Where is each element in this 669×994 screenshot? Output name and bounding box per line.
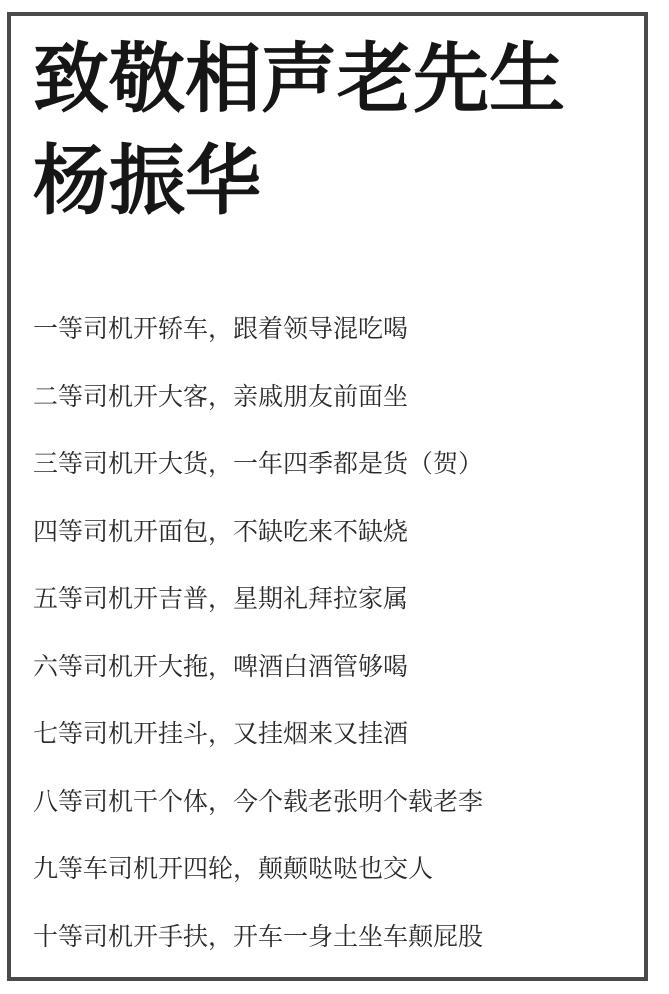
verse-line-3: 三等司机开大货，一年四季都是货（贺）: [33, 447, 483, 515]
verse-line-9: 九等车司机开四轮，颠颠哒哒也交人: [33, 852, 483, 920]
verse-line-6: 六等司机开大拖，啤酒白酒管够喝: [33, 650, 483, 718]
verse-line-7: 七等司机开挂斗，又挂烟来又挂酒: [33, 717, 483, 785]
document-frame: 致敬相声老先生 杨振华 一等司机开轿车，跟着领导混吃喝 二等司机开大客，亲戚朋友…: [7, 12, 648, 981]
verse-line-4: 四等司机开面包，不缺吃来不缺烧: [33, 515, 483, 583]
verse-line-8: 八等司机干个体，今个载老张明个载老李: [33, 785, 483, 853]
verse-line-2: 二等司机开大客，亲戚朋友前面坐: [33, 380, 483, 448]
title-line-2: 杨振华: [33, 130, 565, 232]
verse-line-1: 一等司机开轿车，跟着领导混吃喝: [33, 312, 483, 380]
verse-list: 一等司机开轿车，跟着领导混吃喝 二等司机开大客，亲戚朋友前面坐 三等司机开大货，…: [33, 312, 483, 987]
verse-line-5: 五等司机开吉普，星期礼拜拉家属: [33, 582, 483, 650]
title-line-1: 致敬相声老先生: [33, 28, 565, 130]
verse-line-10: 十等司机开手扶，开车一身土坐车颠屁股: [33, 920, 483, 988]
page-title: 致敬相声老先生 杨振华: [33, 28, 565, 232]
